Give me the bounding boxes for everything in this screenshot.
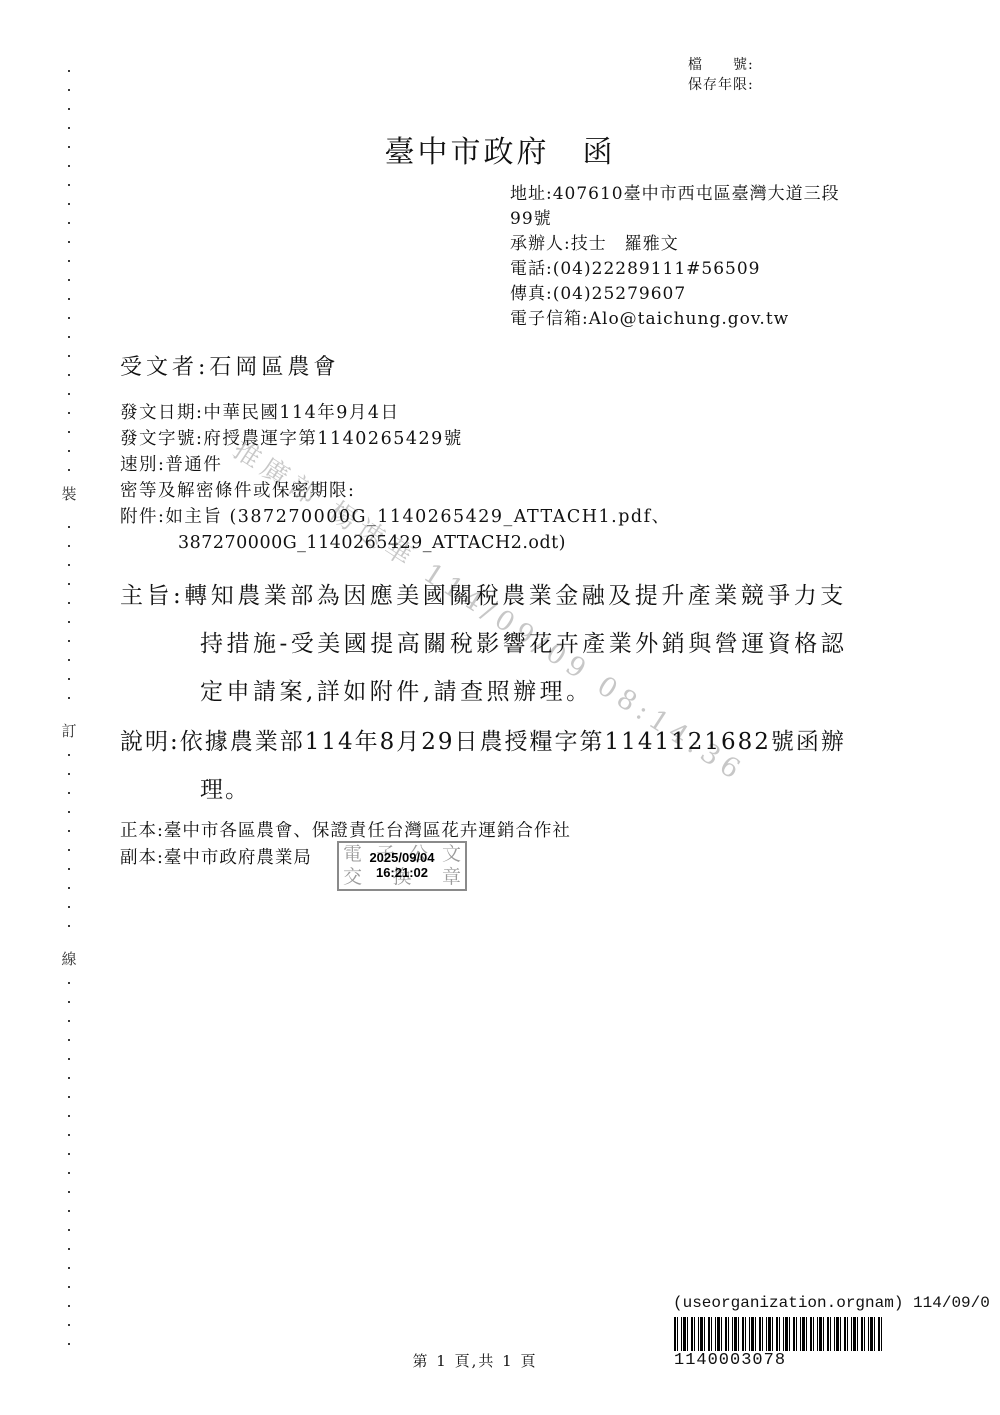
sender-address-line1: 地址:407610臺中市西屯區臺灣大道三段: [510, 182, 840, 207]
binding-dotted-line: 裝 訂 線: [68, 70, 70, 1345]
description-line2: 理。: [200, 771, 250, 804]
issue-date-line: 發文日期:中華民國114年9月4日: [120, 400, 671, 426]
retention-period-label: 保存年限:: [688, 75, 754, 95]
sender-fax: 傳真:(04)25279607: [510, 282, 840, 307]
sender-phone: 電話:(04)22289111#56509: [510, 257, 840, 282]
stamp-timestamp: 2025/09/04 16:21:02: [339, 850, 465, 880]
barcode: [674, 1317, 884, 1351]
file-number-block: 檔 號: 保存年限:: [688, 55, 754, 95]
description-line1: 說明:依據農業部114年8月29日農授糧字第1141121682號函辦: [120, 723, 846, 756]
recipient-line: 受文者:石岡區農會: [120, 350, 339, 381]
binding-mark-ding: 訂: [61, 715, 77, 746]
binding-mark-zhuang: 裝: [61, 478, 77, 509]
stamp-time: 16:21:02: [339, 865, 465, 880]
security-class-line: 密等及解密條件或保密期限:: [120, 478, 671, 504]
sender-contact-person: 承辦人:技士 羅雅文: [510, 232, 840, 257]
document-title: 臺中市政府 函: [0, 127, 1000, 171]
subject-line3: 定申請案,詳如附件,請查照辦理。: [200, 673, 593, 706]
sender-email: 電子信箱:Alo@taichung.gov.tw: [510, 307, 840, 332]
attachment-line2: 387270000G_1140265429_ATTACH2.odt): [120, 530, 671, 556]
attachment-line1: 附件:如主旨 (387270000G_1140265429_ATTACH1.pd…: [120, 504, 671, 530]
page-number-info: 第 1 頁,共 1 頁: [0, 1350, 950, 1371]
issue-number-line: 發文字號:府授農運字第1140265429號: [120, 426, 671, 452]
electronic-exchange-stamp: 電 子 公 文 交 換 章 2025/09/04 16:21:02: [337, 841, 467, 891]
sender-contact-block: 地址:407610臺中市西屯區臺灣大道三段 99號 承辦人:技士 羅雅文 電話:…: [510, 182, 840, 332]
sender-address-line2: 99號: [510, 207, 840, 232]
organization-footer-line: (useorganization.orgnam) 114/09/0: [673, 1294, 990, 1312]
subject-line2: 持措施-受美國提高關稅影響花卉產業外銷與營運資格認: [200, 625, 847, 658]
subject-line1: 主旨:轉知農業部為因應美國關稅農業金融及提升產業競爭力支: [120, 577, 847, 610]
file-number-label: 檔 號:: [688, 55, 754, 75]
speed-class-line: 速別:普通件: [120, 452, 671, 478]
stamp-date: 2025/09/04: [339, 850, 465, 865]
document-meta-block: 發文日期:中華民國114年9月4日 發文字號:府授農運字第1140265429號…: [120, 400, 671, 556]
binding-mark-xian: 線: [61, 943, 77, 974]
official-letter-page: 推廣部 楊速華 114/09/09 08:14:36 裝 訂 線 檔 號: 保存…: [0, 0, 1000, 1415]
